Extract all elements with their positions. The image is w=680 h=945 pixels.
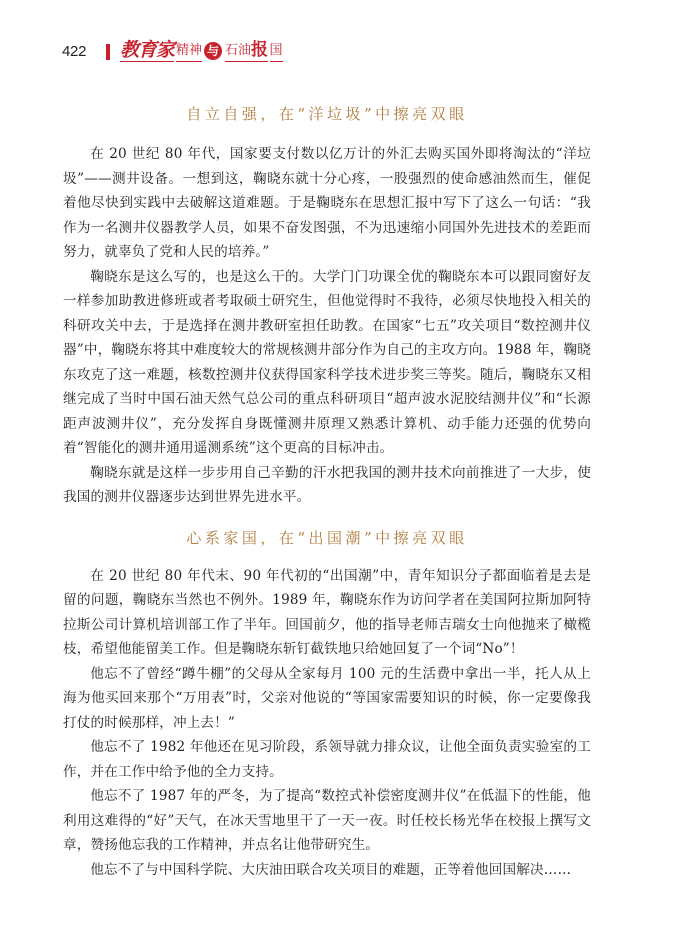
paragraph: 在 20 世纪 80 年代，国家要支付数以亿万计的外汇去购买国外即将淘汰的“洋垃… xyxy=(63,142,591,265)
section-self-reliance: 自立自强，在“洋垃圾”中擦亮双眼 在 20 世纪 80 年代，国家要支付数以亿万… xyxy=(63,100,591,510)
logo-circle-badge: 与 xyxy=(204,42,222,60)
book-title-logo: 教育家 精神 与 石油 报 国 xyxy=(120,39,283,62)
paragraph: 他忘不了曾经“蹲牛棚”的父母从全家每月 100 元的生活费中拿出一半，托人从上海… xyxy=(63,662,591,736)
logo-text-part5: 国 xyxy=(270,41,283,62)
paragraph: 他忘不了 1982 年他还在见习阶段，系领导就力排众议，让他全面负责实验室的工作… xyxy=(63,735,591,784)
page-header: 422 教育家 精神 与 石油 报 国 xyxy=(0,36,680,66)
paragraph: 鞠晓东就是这样一步步用自己辛勤的汗水把我国的测井技术向前推进了一大步，使我国的测… xyxy=(63,461,591,510)
logo-text-part4: 报 xyxy=(251,39,268,62)
page-number: 422 xyxy=(62,43,86,60)
section-heading: 自立自强，在“洋垃圾”中擦亮双眼 xyxy=(63,100,591,128)
paragraph: 他忘不了 1987 年的严冬，为了提高“数控式补偿密度测井仪”在低温下的性能，他… xyxy=(63,784,591,858)
paragraph: 鞠晓东是这么写的，也是这么干的。大学门门功课全优的鞠晓东本可以跟同窗好友一样参加… xyxy=(63,265,591,461)
page-body: 自立自强，在“洋垃圾”中擦亮双眼 在 20 世纪 80 年代，国家要支付数以亿万… xyxy=(63,100,591,882)
paragraph: 他忘不了与中国科学院、大庆油田联合攻关项目的难题，正等着他回国解决…… xyxy=(63,858,591,883)
logo-text-part1: 教育家 xyxy=(120,39,174,62)
section-heading: 心系家国，在“出国潮”中擦亮双眼 xyxy=(63,524,591,552)
section-patriotism: 心系家国，在“出国潮”中擦亮双眼 在 20 世纪 80 年代末、90 年代初的“… xyxy=(63,524,591,883)
paragraph: 在 20 世纪 80 年代末、90 年代初的“出国潮”中，青年知识分子都面临着是… xyxy=(63,564,591,662)
logo-text-part3: 石油 xyxy=(225,41,251,62)
header-divider-bar xyxy=(106,44,110,60)
logo-text-part2: 精神 xyxy=(176,41,202,62)
